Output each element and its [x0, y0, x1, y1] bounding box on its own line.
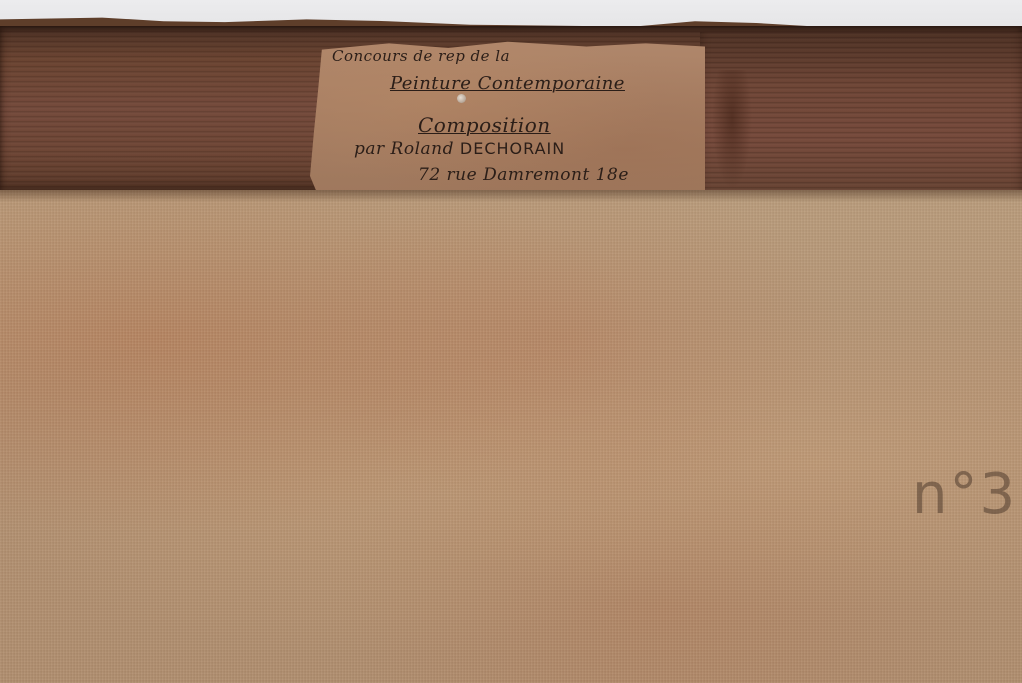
label-line-artist: par Roland DECHORAIN [354, 139, 565, 159]
inventory-number-mark: n°3 [912, 462, 1017, 527]
label-line-address: 72 rue Damremont 18e [418, 165, 629, 185]
handwritten-label: Concours de rep de la Peinture Contempor… [310, 37, 705, 195]
label-artist-surname: DECHORAIN [460, 139, 565, 158]
pin-icon [457, 94, 466, 103]
label-artist-prefix: par Roland [354, 139, 454, 159]
label-line-contest: Concours de rep de la [332, 47, 510, 65]
label-line-title: Composition [418, 113, 551, 137]
canvas-top-shadow [0, 190, 1022, 202]
label-line-category: Peinture Contemporaine [390, 73, 625, 94]
wood-stain [712, 70, 752, 190]
canvas-back [0, 190, 1022, 683]
